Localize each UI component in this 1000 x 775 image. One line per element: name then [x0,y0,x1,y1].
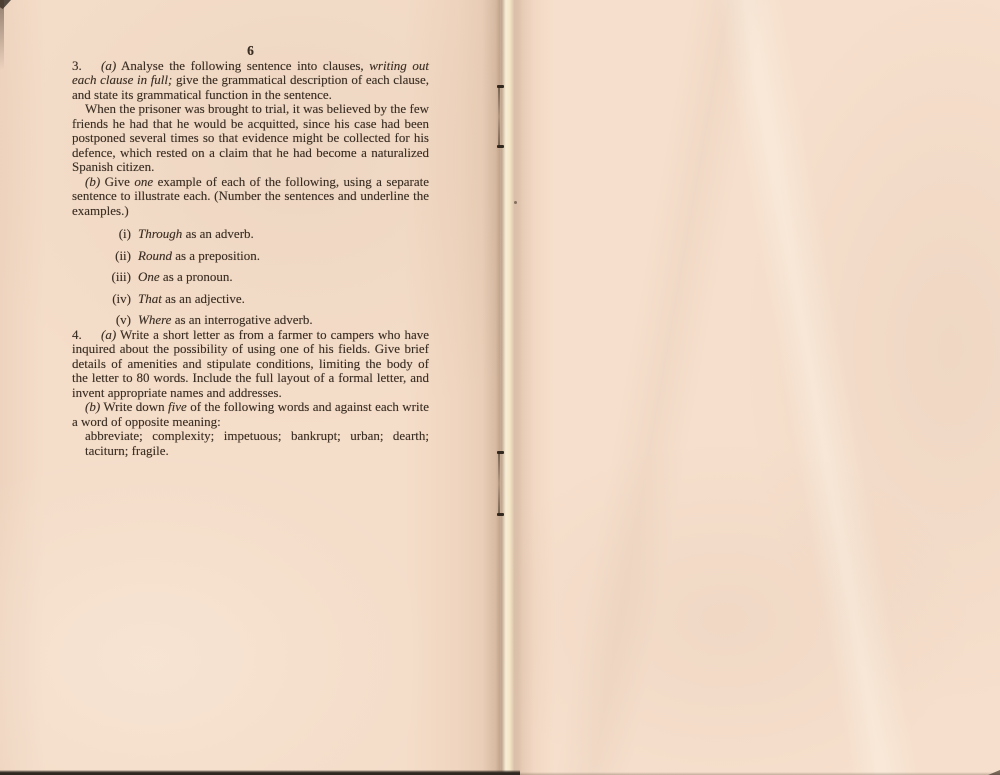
list-item-v-text: Where as an interrogative adverb. [138,312,313,327]
list-item-v: (v)Where as an interrogative adverb. [72,313,429,328]
list-item-iii-text: One as a pronoun. [138,269,233,284]
question-4b: (b) Write down five of the following wor… [72,400,429,429]
booklet-spine-fold [482,0,534,775]
list-item-iv-text: That as an adjective. [138,291,245,306]
staple-top-wire [498,87,500,146]
scan-edge-bottom-left [0,770,520,775]
page-number: 6 [72,44,429,59]
list-item-ii-label: (ii) [105,249,131,264]
question-3b-list: (i)Through as an adverb. (ii)Round as a … [72,227,429,328]
question-4a-text: (a) Write a short letter as from a farme… [72,327,429,400]
question-4b-word-list: abbreviate; complexity; impetuous; bankr… [72,429,429,458]
list-item-v-label: (v) [105,313,131,328]
question-3a: 3.(a) Analyse the following sentence int… [72,59,429,103]
list-item-iii-label: (iii) [105,270,131,285]
list-item-ii: (ii)Round as a preposition. [72,249,429,264]
list-item-iv-label: (iv) [105,292,131,307]
staple-bottom-end-upper [497,451,504,454]
staple-bottom-end-lower [497,513,504,516]
paper-speck [514,201,517,204]
staple-bottom-wire [498,453,500,514]
question-4-number: 4. [72,328,101,343]
staple-bottom [496,451,505,516]
question-3-number: 3. [72,59,101,74]
left-page: 6 3.(a) Analyse the following sentence i… [0,0,500,775]
left-page-text-block: 6 3.(a) Analyse the following sentence i… [72,44,429,458]
staple-top-end-lower [497,145,504,148]
question-3b: (b) Give one example of each of the foll… [72,175,429,219]
staple-top [496,85,505,148]
question-4a: 4.(a) Write a short letter as from a far… [72,328,429,401]
right-page-blank [500,0,1000,775]
list-item-i-label: (i) [105,227,131,242]
scan-edge-left-sliver [0,0,4,70]
list-item-i: (i)Through as an adverb. [72,227,429,242]
list-item-iii: (iii)One as a pronoun. [72,270,429,285]
scanned-exam-booklet-spread: 6 3.(a) Analyse the following sentence i… [0,0,1000,775]
list-item-iv: (iv)That as an adjective. [72,292,429,307]
list-item-i-text: Through as an adverb. [138,226,254,241]
question-3-passage: When the prisoner was brought to trial, … [72,102,429,175]
question-3a-text: (a) Analyse the following sentence into … [72,58,429,102]
list-item-ii-text: Round as a preposition. [138,248,260,263]
staple-top-end-upper [497,85,504,88]
